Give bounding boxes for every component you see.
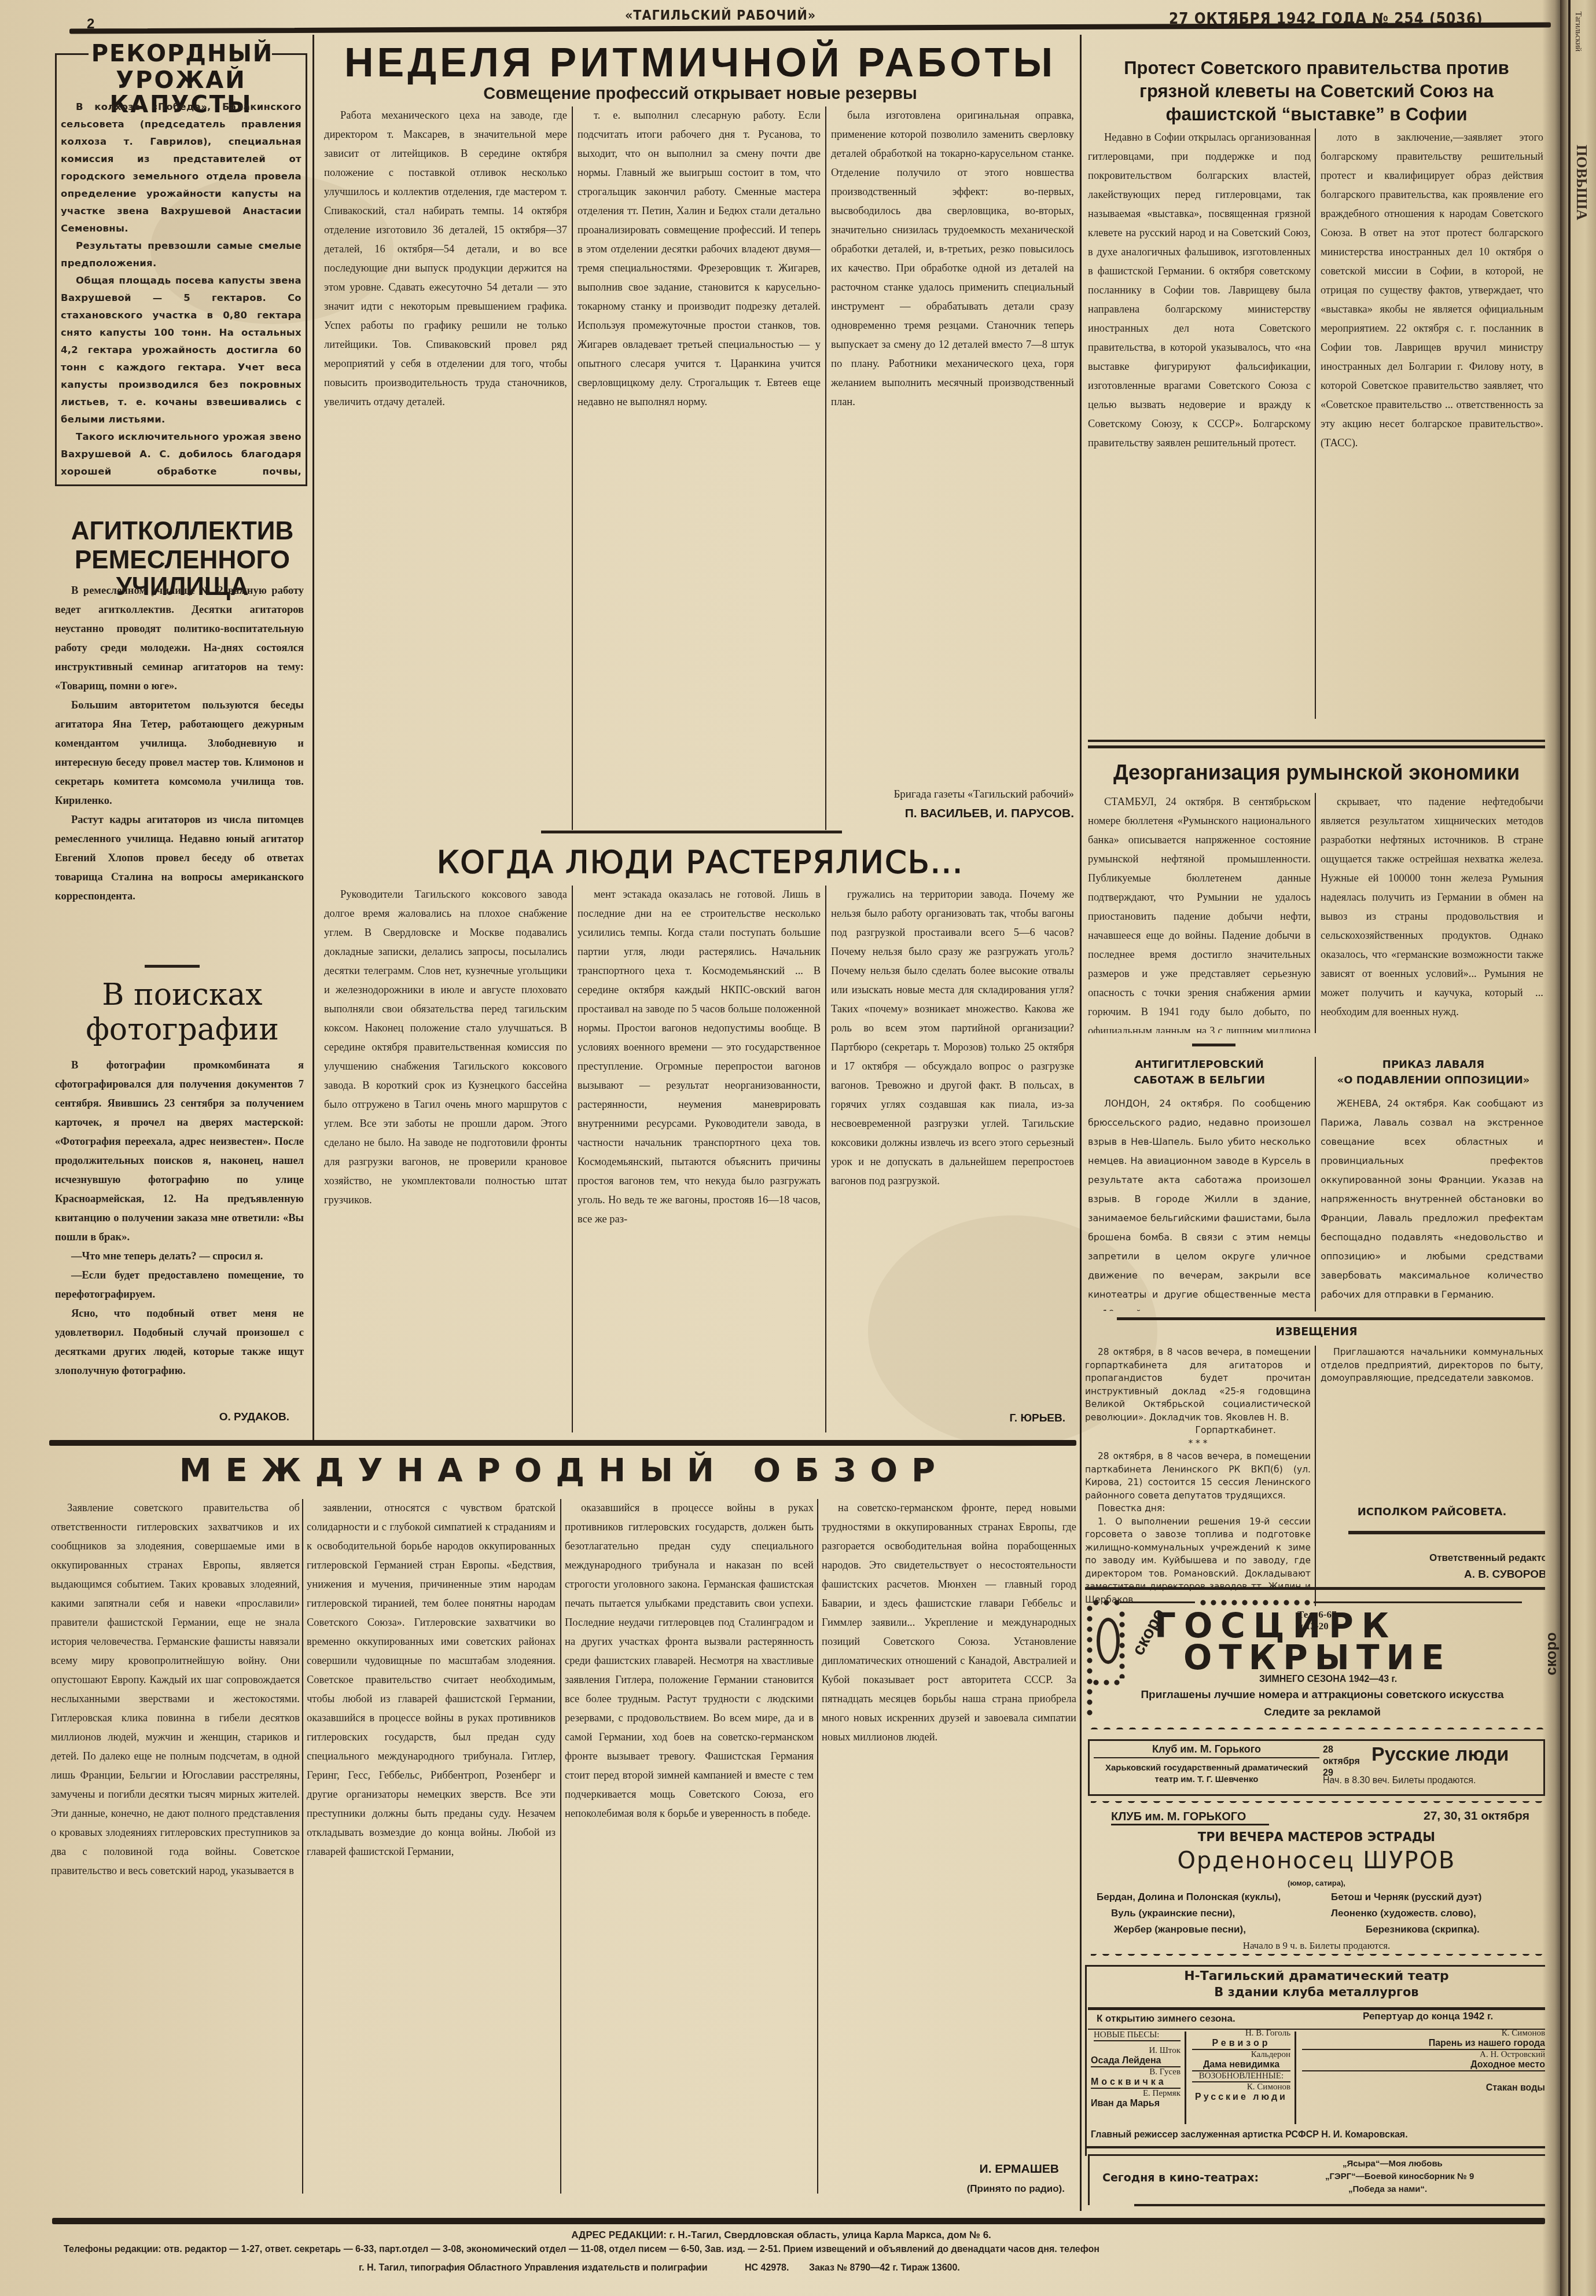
section-divider: [541, 831, 842, 833]
adjacent-page-text: ПОВЫША: [1573, 145, 1590, 221]
confused-column-2: мент эстакада оказалась не готовой. Лишь…: [578, 886, 821, 1432]
circus-phone: Тел. 6-67 и 13-20: [1297, 1609, 1338, 1632]
column-rule: [817, 1499, 818, 2194]
page-fold-shadow: [1542, 0, 1562, 2296]
club1-dates: 28 октября 29: [1323, 1744, 1366, 1779]
play-author: Е. Пермяк: [1091, 2089, 1181, 2099]
play-author: К. Симонов: [1302, 2029, 1545, 2038]
photo-signature: О. РУДАКОВ.: [55, 1411, 289, 1424]
club1-info: Нач. в 8.30 веч. Билеты продаются.: [1323, 1776, 1545, 1786]
notice-invite: Приглашаются начальники коммунальных отд…: [1321, 1346, 1543, 1385]
romania-column-2: скрывает, что падение нефтедобычи являет…: [1321, 793, 1543, 1033]
theatre-plays-col3: К. Симонов Парень из нашего города А. Н.…: [1302, 2029, 1545, 2093]
section-rule: [49, 1440, 1076, 1446]
club2-star-note: (юмор, сатира),: [1094, 1879, 1539, 1887]
agenda-item: 1. О выполнении решения 19-й сессии горс…: [1085, 1515, 1311, 1607]
play-title: Дама невидимка: [1192, 2060, 1290, 2071]
review-column-3: оказавшийся в процессе войны в руках про…: [565, 1499, 814, 2202]
club2-dates: 27, 30, 31 октября: [1424, 1809, 1545, 1823]
column-rule: [825, 106, 826, 830]
circus-emblem-icon: [1097, 1618, 1120, 1664]
rhythm-column-3: была изготовлена оригинальная оправка, п…: [831, 106, 1074, 787]
belgium-title-line1: АНТИГИТЛЕРОВСКИЙ: [1088, 1057, 1311, 1072]
ad-border-wavy: [1091, 1954, 1545, 1960]
theatre-rule: [1088, 2007, 1545, 2010]
revived-label: ВОЗОБНОВЛЕННЫЕ:: [1192, 2071, 1290, 2082]
notice-2-signature: ИСПОЛКОМ РАЙСОВЕТА.: [1321, 1506, 1543, 1518]
play-author: В. Гусев: [1091, 2067, 1181, 2077]
theatre-plays-col1: И. Шток Осада Лейдена В. Гусев Москвичка…: [1091, 2046, 1181, 2109]
paragraph: В ремесленном училище № 2 важную работу …: [55, 582, 304, 696]
club2-artist: Березникова (скрипка).: [1366, 1924, 1545, 1935]
cinema-film: „ГЭРГ“—Боевой киносборник № 9: [1325, 2170, 1545, 2183]
laval-title-line1: ПРИКАЗ ЛАВАЛЯ: [1321, 1057, 1546, 1072]
column-rule: [1315, 128, 1316, 719]
romania-column-1: СТАМБУЛ, 24 октября. В сентябрьском номе…: [1088, 793, 1311, 1033]
new-plays-label: НОВЫЕ ПЬЕСЫ:: [1094, 2030, 1181, 2041]
editor-name: А. В. СУВОРОВ.: [1464, 1568, 1545, 1581]
theatre-subtitle: В здании клуба металлургов: [1094, 1985, 1539, 1999]
rhythm-signature: П. ВАСИЛЬЕВ, И. ПАРУСОВ.: [831, 807, 1074, 821]
cinema-films: „Ясыра“—Моя любовь „ГЭРГ“—Боевой киносбо…: [1325, 2158, 1545, 2196]
notice-separator: * * *: [1085, 1437, 1311, 1450]
agenda-label: Повестка дня:: [1085, 1502, 1311, 1515]
section-rule: [1088, 740, 1545, 742]
column-rule: [1295, 2031, 1296, 2124]
play-title: Парень из нашего города: [1302, 2038, 1545, 2050]
notices-column-2: Приглашаются начальники коммунальных отд…: [1321, 1346, 1543, 1519]
cinema-label: Сегодня в кино-театрах:: [1102, 2172, 1259, 2184]
play-title: Ревизор: [1192, 2038, 1290, 2050]
play-author: И. Шток: [1091, 2046, 1181, 2056]
laval-title-line2: «О ПОДАВЛЕНИИ ОППОЗИЦИИ»: [1321, 1072, 1546, 1088]
play-title: Доходное место: [1302, 2060, 1545, 2071]
ad-border-dots: [1086, 1603, 1094, 1719]
club2-star: Орденоносец ШУРОВ: [1094, 1847, 1539, 1874]
paragraph: В фотографии промкомбината я сфотографир…: [55, 1056, 304, 1247]
play-author: Н. В. Гоголь: [1192, 2029, 1290, 2038]
section-rule: [1088, 745, 1545, 748]
confused-title: КОГДА ЛЮДИ РАСТЕРЯЛИСЬ...: [324, 844, 1076, 880]
paragraph: Результаты превзошли самые смелые предпо…: [61, 237, 301, 272]
adjacent-page-header: Тагильский: [1573, 12, 1582, 52]
section-divider: [145, 965, 200, 968]
ad-border-dots: [1091, 1599, 1120, 1607]
club2-artist: Жербер (жанровые песни),: [1114, 1924, 1334, 1935]
paragraph: В колхозе «Победа», Балакинского сельсов…: [61, 98, 301, 237]
notices-title: ИЗВЕЩЕНИЯ: [1088, 1325, 1545, 1338]
club2-name: КЛУБ им. М. ГОРЬКОГО: [1111, 1810, 1269, 1825]
column-rule: [1080, 35, 1082, 1441]
sofia-column-2: лото в заключение,—заявляет этого болгар…: [1321, 128, 1543, 719]
theatre-left-header: К открытию зимнего сезона.: [1097, 2013, 1328, 2025]
club2-info: Начало в 9 ч. в. Билеты продаются.: [1094, 1940, 1539, 1952]
column-rule: [1315, 1346, 1316, 1606]
play-title: Осада Лейдена: [1091, 2056, 1181, 2067]
laval-title: ПРИКАЗ ЛАВАЛЯ «О ПОДАВЛЕНИИ ОППОЗИЦИИ»: [1321, 1057, 1546, 1088]
paragraph: Растут кадры агитаторов из числа питомце…: [55, 811, 304, 906]
play-author: К. Симонов: [1192, 2082, 1290, 2092]
ad-border-dots: [1198, 1599, 1314, 1607]
review-column-2: заявлении, относятся с чувством братской…: [307, 1499, 556, 2202]
sofia-title: Протест Советского правительства против …: [1091, 57, 1542, 126]
column-rule: [560, 1499, 561, 2194]
review-signature: И. ЕРМАШЕВ: [822, 2162, 1059, 2176]
cinema-film: „Ясыра“—Моя любовь: [1325, 2158, 1545, 2170]
play-author: Кальдерон: [1192, 2050, 1290, 2060]
photo-article-body: В фотографии промкомбината я сфотографир…: [55, 1056, 304, 1404]
paragraph: Такого исключительного урожая звено Вахр…: [61, 428, 301, 483]
play-title: Стакан воды: [1302, 2083, 1545, 2093]
cabbage-article-body: В колхозе «Победа», Балакинского сельсов…: [61, 98, 301, 483]
column-rule: [1315, 1057, 1316, 1312]
agit-article-body: В ремесленном училище № 2 важную работу …: [55, 582, 304, 946]
adjacent-page-rule: [1568, 0, 1571, 2296]
adjacent-page-edge: [1560, 0, 1596, 2296]
paragraph: —Если будет предоставлено помещение, то …: [55, 1266, 304, 1305]
rhythm-column-2: т. е. выполнил слесарную работу. Если по…: [578, 106, 821, 830]
rhythm-subtitle: Совмещение профессий открывает новые рез…: [324, 85, 1076, 104]
rhythm-title: НЕДЕЛЯ РИТМИЧНОЙ РАБОТЫ: [324, 42, 1076, 85]
circus-headline: ОТКРЫТИЕ: [1183, 1638, 1451, 1677]
footer-printer-line: г. Н. Тагил, типография Областного Управ…: [359, 2263, 1285, 2273]
rhythm-signature-prefix: Бригада газеты «Тагильский рабочий»: [831, 788, 1074, 801]
section-rule: [1348, 1531, 1545, 1534]
belgium-article-body: ЛОНДОН, 24 октября. По сообщению брюссел…: [1088, 1094, 1311, 1311]
circus-line1: Приглашены лучшие номера и аттракционы с…: [1120, 1689, 1525, 1702]
paragraph: Общая площадь посева капусты звена Вахру…: [61, 272, 301, 428]
confused-column-1: Руководители Тагильского коксового завод…: [324, 886, 567, 1432]
editor-label: Ответственный редактор: [1429, 1552, 1545, 1564]
club2-headline: ТРИ ВЕЧЕРА МАСТЕРОВ ЭСТРАДЫ: [1094, 1830, 1539, 1844]
theatre-title: Н-Тагильский драматический театр: [1094, 1969, 1539, 1983]
circus-season: ЗИМНЕГО СЕЗОНА 1942—43 г.: [1183, 1674, 1473, 1685]
column-rule: [302, 1499, 303, 2194]
paragraph: Большим авторитетом пользуются беседы аг…: [55, 696, 304, 811]
play-author: А. Н. Островский: [1302, 2050, 1545, 2060]
ad-border-dots: [1091, 1678, 1123, 1687]
footer-order: Заказ № 8790—42 г. Тираж 13600.: [809, 2263, 960, 2273]
circus-line2: Следите за рекламой: [1120, 1706, 1525, 1719]
newspaper-name: «ТАГИЛЬСКИЙ РАБОЧИЙ»: [625, 8, 816, 23]
play-title: Иван да Марья: [1091, 2099, 1181, 2109]
ad-rule: [1085, 1587, 1545, 1590]
theatre-rule: [1085, 2146, 1545, 2148]
confused-signature: Г. ЮРЬЕВ.: [831, 1412, 1065, 1425]
belgium-title-line2: САБОТАЖ В БЕЛЬГИИ: [1088, 1072, 1311, 1088]
ad-border-wavy: [1091, 1801, 1545, 1807]
column-rule: [1315, 793, 1316, 1033]
romania-title: Дезорганизация румынской экономики: [1088, 762, 1545, 784]
review-title: МЕЖДУНАРОДНЫЙ ОБЗОР: [52, 1452, 1076, 1489]
ad-border-line: [1314, 1601, 1522, 1603]
club2-artist: Бердан, Долина и Полонская (куклы),: [1097, 1891, 1328, 1903]
photo-title-line1: В поисках: [52, 978, 312, 1013]
column-rule: [1185, 2031, 1186, 2124]
belgium-title: АНТИГИТЛЕРОВСКИЙ САБОТАЖ В БЕЛЬГИИ: [1088, 1057, 1311, 1088]
footer-phones: Телефоны редакции: отв. редактор — 1-27,…: [64, 2244, 1545, 2255]
footer-address: АДРЕС РЕДАКЦИИ: г. Н.-Тагил, Свердловска…: [0, 2229, 1562, 2241]
review-signature-note: (Принято по радио).: [822, 2183, 1065, 2195]
column-rule: [825, 886, 826, 1432]
ad-border-line: [1120, 1601, 1195, 1603]
column-rule: [572, 106, 573, 830]
review-column-1: Заявление советского правительства об от…: [51, 1499, 300, 2202]
club1-play: Русские люди: [1371, 1743, 1545, 1766]
notices-column-1: 28 октября, в 8 часов вечера, в помещени…: [1085, 1346, 1311, 1618]
club2-artist: Бетош и Черняк (русский дуэт): [1331, 1891, 1545, 1903]
confused-column-3: гружались на территории завода. Почему ж…: [831, 886, 1074, 1406]
ad-border-wavy: [1088, 1724, 1545, 1729]
play-title: Русские люди: [1192, 2092, 1290, 2103]
review-column-4: на советско-германском фронте, перед нов…: [822, 1499, 1076, 2156]
sofia-column-1: Недавно в Софии открылась организованная…: [1088, 128, 1311, 719]
newspaper-page: 2 «ТАГИЛЬСКИЙ РАБОЧИЙ» 27 ОКТЯБРЯ 1942 Г…: [0, 0, 1562, 2296]
column-rule: [1080, 1441, 1082, 2211]
play-title: Москвичка: [1091, 2077, 1181, 2089]
club2-artist: Вуль (украинские песни),: [1111, 1908, 1331, 1919]
section-divider: [1192, 1044, 1235, 1046]
paragraph: Ясно, что подобный ответ меня не удовлет…: [55, 1305, 304, 1381]
rhythm-column-1: Работа механического цеха на заводе, где…: [324, 106, 567, 830]
section-rule: [1117, 1317, 1545, 1320]
laval-article-body: ЖЕНЕВА, 24 октября. Как сообщают из Пари…: [1321, 1094, 1543, 1311]
paragraph: —Что мне теперь делать? — спросил я.: [55, 1247, 304, 1266]
column-rule: [312, 35, 314, 1441]
cabbage-title-line1: РЕКОРДНЫЙ: [75, 42, 289, 66]
masthead-rule: [69, 22, 1551, 34]
club1-name: Клуб им. М. Горького: [1094, 1743, 1319, 1758]
theatre-right-header: Репертуар до конца 1942 г.: [1363, 2011, 1545, 2022]
notice-1-signature: Горпарткабинет.: [1085, 1424, 1311, 1437]
cinema-rule: [1134, 2204, 1545, 2206]
club1-theatre: Харьковский государственный драматически…: [1094, 1762, 1319, 1786]
notice-1: 28 октября, в 8 часов вечера, в помещени…: [1085, 1346, 1311, 1424]
notice-2: 28 октября, в 8 часов вечера, в помещени…: [1085, 1450, 1311, 1502]
footer-rule: [52, 2218, 1545, 2224]
theatre-director: Главный режиссер заслуженная артистка РС…: [1091, 2130, 1545, 2140]
footer-printer: г. Н. Тагил, типография Областного Управ…: [359, 2263, 707, 2273]
club2-artist: Леоненко (художеств. слово),: [1331, 1908, 1545, 1919]
column-rule: [572, 886, 573, 1432]
agit-title-line1: АГИТКОЛЛЕКТИВ: [52, 518, 312, 545]
cinema-film: „Победа за нами“.: [1325, 2183, 1545, 2196]
theatre-plays-col2: Н. В. Гоголь Ревизор Кальдерон Дама неви…: [1192, 2029, 1290, 2103]
footer-code: НС 42978.: [745, 2263, 789, 2273]
photo-title-line2: фотографии: [52, 1013, 312, 1048]
